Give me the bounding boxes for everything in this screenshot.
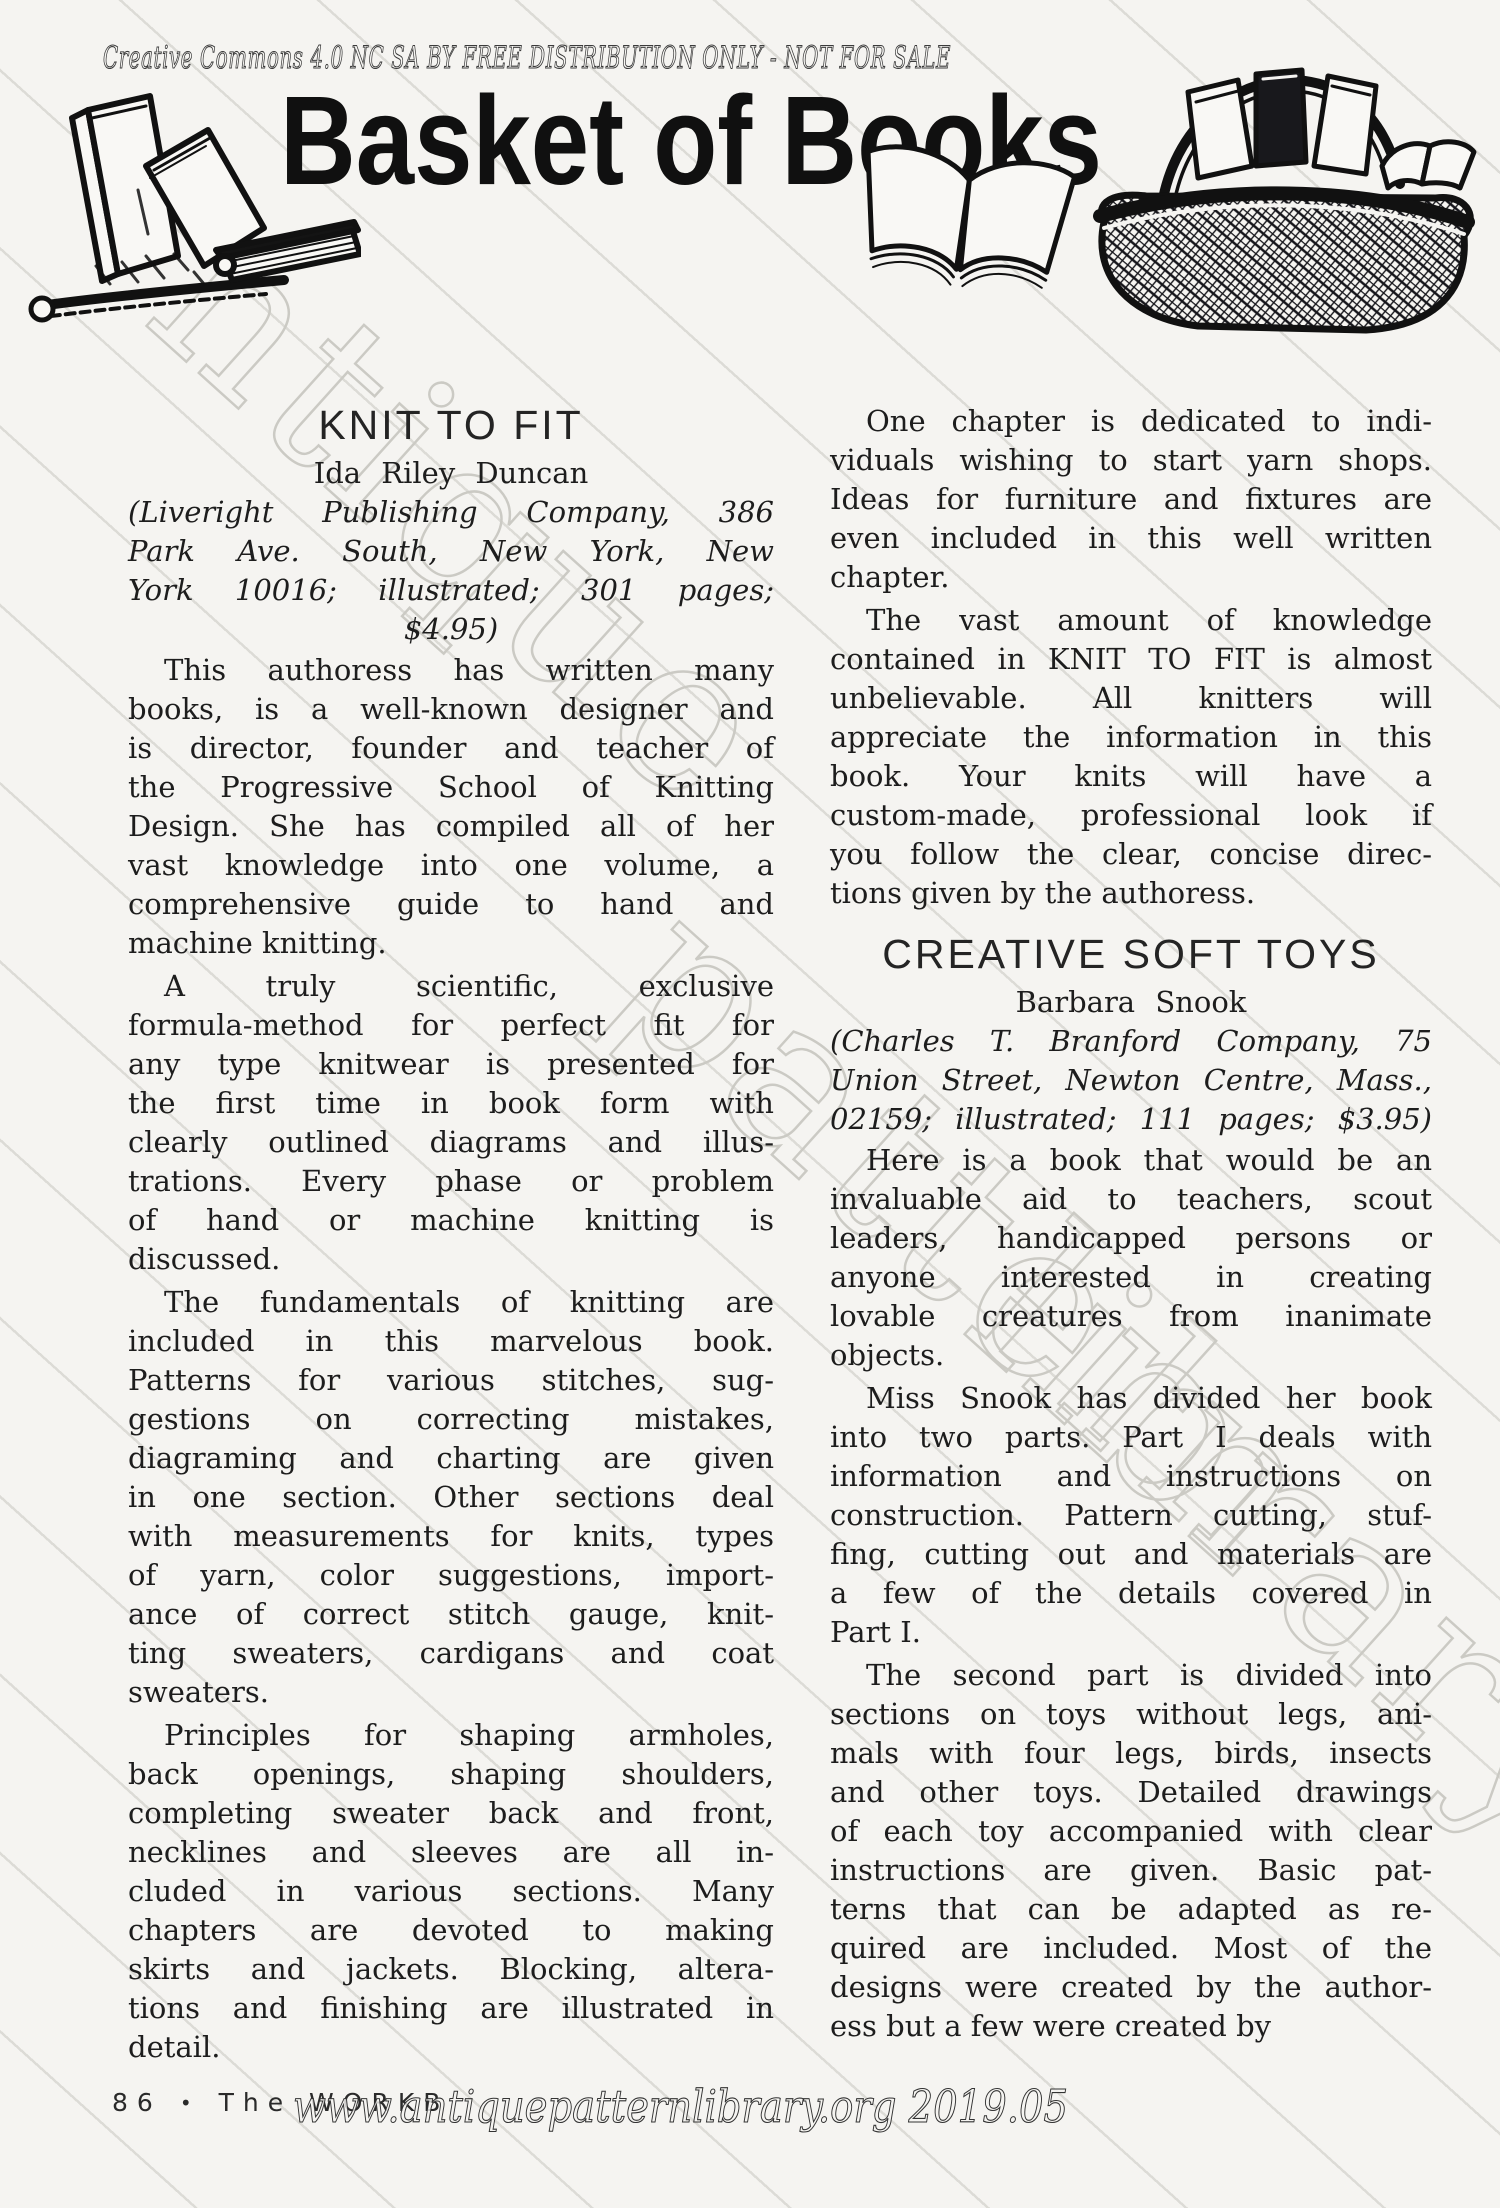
text-line: 02159; illustrated; 111 pages; $3.95)	[830, 1100, 1432, 1139]
text-line: viduals wishing to start yarn shops.	[830, 441, 1432, 480]
paragraph: The fundamentals of knitting areincluded…	[128, 1283, 774, 1712]
text-line: Ideas for furniture and fixtures are	[830, 480, 1432, 519]
right-page	[958, 156, 1075, 283]
page-number: 86	[112, 2088, 162, 2117]
text-line: Miss Snook has divided her book	[830, 1379, 1432, 1418]
column-right: One chapter is dedicated to indi-viduals…	[830, 402, 1432, 2071]
text-line: lovable creatures from inanimate	[830, 1297, 1432, 1336]
text-line: detail.	[128, 2028, 774, 2067]
paragraph: A truly scientific, exclusiveformula-met…	[128, 967, 774, 1279]
text-line: in one section. Other sections deal	[128, 1478, 774, 1517]
text-line: mals with four legs, birds, insects	[830, 1734, 1432, 1773]
scanned-magazine-page: ntique pattern library Creative Commons …	[0, 0, 1500, 2208]
text-line: objects.	[830, 1336, 1432, 1375]
text-line: Park Ave. South, New York, New	[128, 532, 774, 571]
text-line: custom-made, professional look if	[830, 796, 1432, 835]
text-line: even included in this well written	[830, 519, 1432, 558]
text-line: of yarn, color suggestions, import-	[128, 1556, 774, 1595]
paragraph: One chapter is dedicated to indi-viduals…	[830, 402, 1432, 597]
text-line: terns that can be adapted as re-	[830, 1890, 1432, 1929]
text-line: fing, cutting out and materials are	[830, 1535, 1432, 1574]
paragraph: Principles for shaping armholes,back ope…	[128, 1716, 774, 2067]
text-line: ance of correct stitch gauge, knit-	[128, 1595, 774, 1634]
footer-bullet: •	[180, 2091, 201, 2115]
text-line: The second part is divided into	[830, 1656, 1432, 1695]
text-line: This authoress has written many	[128, 651, 774, 690]
text-line: you follow the clear, concise direc-	[830, 835, 1432, 874]
publisher-info: (Charles T. Branford Company, 75Union St…	[830, 1022, 1432, 1139]
text-line: Union Street, Newton Centre, Mass.,	[830, 1061, 1432, 1100]
text-line: books, is a well-known designer and	[128, 690, 774, 729]
text-line: of hand or machine knitting is	[128, 1201, 774, 1240]
text-line: with measurements for knits, types	[128, 1517, 774, 1556]
text-line: diagraming and charting are given	[128, 1439, 774, 1478]
text-line: The fundamentals of knitting are	[128, 1283, 774, 1322]
column-left: KNIT TO FITIda Riley Duncan(Liveright Pu…	[128, 402, 774, 2071]
publisher-info: (Liveright Publishing Company, 386Park A…	[128, 493, 774, 649]
text-line: leaders, handicapped persons or	[830, 1219, 1432, 1258]
text-line: One chapter is dedicated to indi-	[830, 402, 1432, 441]
left-page	[855, 143, 972, 270]
text-line: sections on toys without legs, ani-	[830, 1695, 1432, 1734]
text-line: necklines and sleeves are all in-	[128, 1833, 774, 1872]
text-line: and other toys. Detailed drawings	[830, 1773, 1432, 1812]
text-line: unbelievable. All knitters will	[830, 679, 1432, 718]
paragraph: The second part is divided intosections …	[830, 1656, 1432, 2046]
text-line: The vast amount of knowledge	[830, 601, 1432, 640]
text-line: Design. She has compiled all of her	[128, 807, 774, 846]
text-line: gestions on correcting mistakes,	[128, 1400, 774, 1439]
text-line: completing sweater back and front,	[128, 1794, 774, 1833]
text-line: construction. Pattern cutting, stuf-	[830, 1496, 1432, 1535]
text-line: tions and finishing are illustrated in	[128, 1989, 774, 2028]
text-line: instructions are given. Basic pat-	[830, 1851, 1432, 1890]
text-line: of each toy accompanied with clear	[830, 1812, 1432, 1851]
basket-of-books-illustration	[1070, 46, 1494, 338]
text-line: vast knowledge into one volume, a	[128, 846, 774, 885]
text-line: machine knitting.	[128, 924, 774, 963]
footer-watermark-text: www.antiquepatternlibrary.org 2019.05	[293, 2080, 1068, 2133]
text-line: the first time in book form with	[128, 1084, 774, 1123]
text-line: is director, founder and teacher of	[128, 729, 774, 768]
text-line: York 10016; illustrated; 301 pages;	[128, 571, 774, 610]
books-stack-illustration	[26, 66, 361, 336]
text-line: A truly scientific, exclusive	[128, 967, 774, 1006]
text-line: Here is a book that would be an	[830, 1141, 1432, 1180]
text-line: ess but a few were created by	[830, 2007, 1432, 2046]
text-line: discussed.	[128, 1240, 774, 1279]
text-line: (Liveright Publishing Company, 386	[128, 493, 774, 532]
paragraph: Here is a book that would be aninvaluabl…	[830, 1141, 1432, 1375]
books-in-basket	[1188, 70, 1474, 188]
text-line: sweaters.	[128, 1673, 774, 1712]
text-line: clearly outlined diagrams and illus-	[128, 1123, 774, 1162]
text-line: into two parts. Part I deals with	[830, 1418, 1432, 1457]
text-line: quired are included. Most of the	[830, 1929, 1432, 1968]
text-line: cluded in various sections. Many	[128, 1872, 774, 1911]
text-line: any type knitwear is presented for	[128, 1045, 774, 1084]
paragraph: Miss Snook has divided her bookinto two …	[830, 1379, 1432, 1652]
text-line: invaluable aid to teachers, scout	[830, 1180, 1432, 1219]
text-line: anyone interested in creating	[830, 1258, 1432, 1297]
text-line: back openings, shaping shoulders,	[128, 1755, 774, 1794]
text-line: contained in KNIT TO FIT is almost	[830, 640, 1432, 679]
review-byline: Barbara Snook	[830, 983, 1432, 1022]
text-line: trations. Every phase or problem	[128, 1162, 774, 1201]
text-line: comprehensive guide to hand and	[128, 885, 774, 924]
text-line: formula-method for perfect fit for	[128, 1006, 774, 1045]
review-heading: CREATIVE SOFT TOYS	[830, 931, 1432, 977]
text-line: information and instructions on	[830, 1457, 1432, 1496]
review-heading: KNIT TO FIT	[128, 402, 774, 448]
open-book-illustration	[845, 140, 1085, 325]
text-line: designs were created by the author-	[830, 1968, 1432, 2007]
text-line: (Charles T. Branford Company, 75	[830, 1022, 1432, 1061]
footer-watermark: www.antiquepatternlibrary.org 2019.05	[293, 2076, 1093, 2142]
text-line: chapter.	[830, 558, 1432, 597]
text-line: Part I.	[830, 1613, 1432, 1652]
text-line: a few of the details covered in	[830, 1574, 1432, 1613]
text-line: the Progressive School of Knitting	[128, 768, 774, 807]
review-byline: Ida Riley Duncan	[128, 454, 774, 493]
paragraph: The vast amount of knowledgecontained in…	[830, 601, 1432, 913]
text-line: chapters are devoted to making	[128, 1911, 774, 1950]
text-line: book. Your knits will have a	[830, 757, 1432, 796]
paragraph: This authoress has written manybooks, is…	[128, 651, 774, 963]
text-line: skirts and jackets. Blocking, altera-	[128, 1950, 774, 1989]
text-line: included in this marvelous book.	[128, 1322, 774, 1361]
text-line: appreciate the information in this	[830, 718, 1432, 757]
text-line: $4.95)	[128, 610, 774, 649]
text-line: Patterns for various stitches, sug-	[128, 1361, 774, 1400]
text-line: Principles for shaping armholes,	[128, 1716, 774, 1755]
text-line: ting sweaters, cardigans and coat	[128, 1634, 774, 1673]
article-columns: KNIT TO FITIda Riley Duncan(Liveright Pu…	[128, 402, 1432, 2071]
text-line: tions given by the authoress.	[830, 874, 1432, 913]
